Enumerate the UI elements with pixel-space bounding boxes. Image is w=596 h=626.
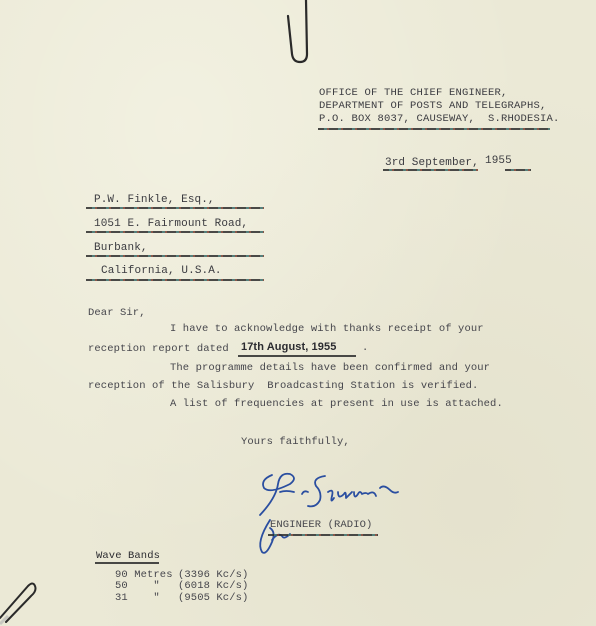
wave-band-row-band: 50 " [115,580,160,592]
recipient-city: Burbank, [94,242,148,254]
wave-bands-heading: Wave Bands [96,550,160,562]
recipient-street-underline [86,231,264,233]
paper-clip-top-icon [282,0,312,66]
wave-band-row-band: 31 " [115,592,160,604]
date-underline [383,169,478,171]
paragraph2-line2: reception of the Salisbury Broadcasting … [88,380,478,392]
paragraph1-line1: I have to acknowledge with thanks receip… [170,323,484,335]
letterhead-department: DEPARTMENT OF POSTS AND TELEGRAPHS, [319,100,547,112]
date-day-month: 3rd September, [385,157,479,169]
recipient-city-underline [86,255,264,257]
wave-bands-heading-underline [95,562,159,564]
paragraph2-line1: The programme details have been confirme… [170,362,490,374]
signatory-title: ENGINEER (RADIO) [270,519,372,531]
signature-icon [250,470,420,565]
date-year: 1955 [485,155,512,167]
letterhead-underline [318,128,550,130]
salutation: Dear Sir, [88,307,146,319]
paper-clip-bottom-icon [0,578,40,626]
date-year-digit: 5 [505,155,512,167]
paragraph1-line2-suffix: . [362,342,368,354]
recipient-street: 1051 E. Fairmount Road, [94,218,248,230]
report-date: 17th August, 1955 [241,341,336,353]
letterhead-office: OFFICE OF THE CHIEF ENGINEER, [319,87,508,99]
letterhead-address: P.O. BOX 8037, CAUSEWAY, S.RHODESIA. [319,113,560,125]
wave-band-row-freq: (9505 Kc/s) [178,592,248,604]
recipient-name: P.W. Finkle, Esq., [94,194,215,206]
date-year-prefix: 195 [485,155,505,167]
recipient-state-country: California, U.S.A. [101,265,222,277]
date-year-underline [505,169,531,171]
report-date-underline [238,355,356,357]
paragraph1-line2-prefix: reception report dated [88,343,229,355]
wave-band-row-freq: (6018 Kc/s) [178,580,248,592]
valediction: Yours faithfully, [241,436,350,448]
recipient-name-underline [86,207,264,209]
recipient-state-underline [86,279,264,281]
signatory-title-underline [268,534,378,536]
paragraph3: A list of frequencies at present in use … [170,398,503,410]
